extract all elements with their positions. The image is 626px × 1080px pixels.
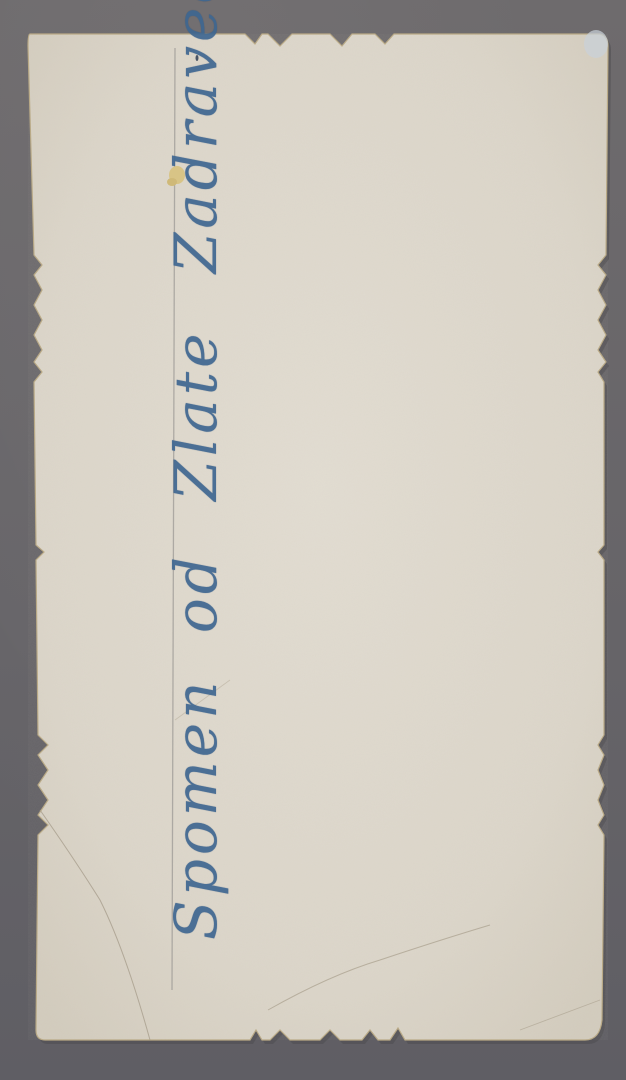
inscription-word: Spomen (162, 678, 230, 940)
inscription-word: od (162, 553, 230, 633)
inscription-word: Zlate (162, 330, 230, 501)
handwritten-inscription: Spomen od Zlate Zadravec (162, 0, 230, 940)
card (0, 0, 626, 1080)
inscription-word: Zadravec (162, 0, 230, 273)
